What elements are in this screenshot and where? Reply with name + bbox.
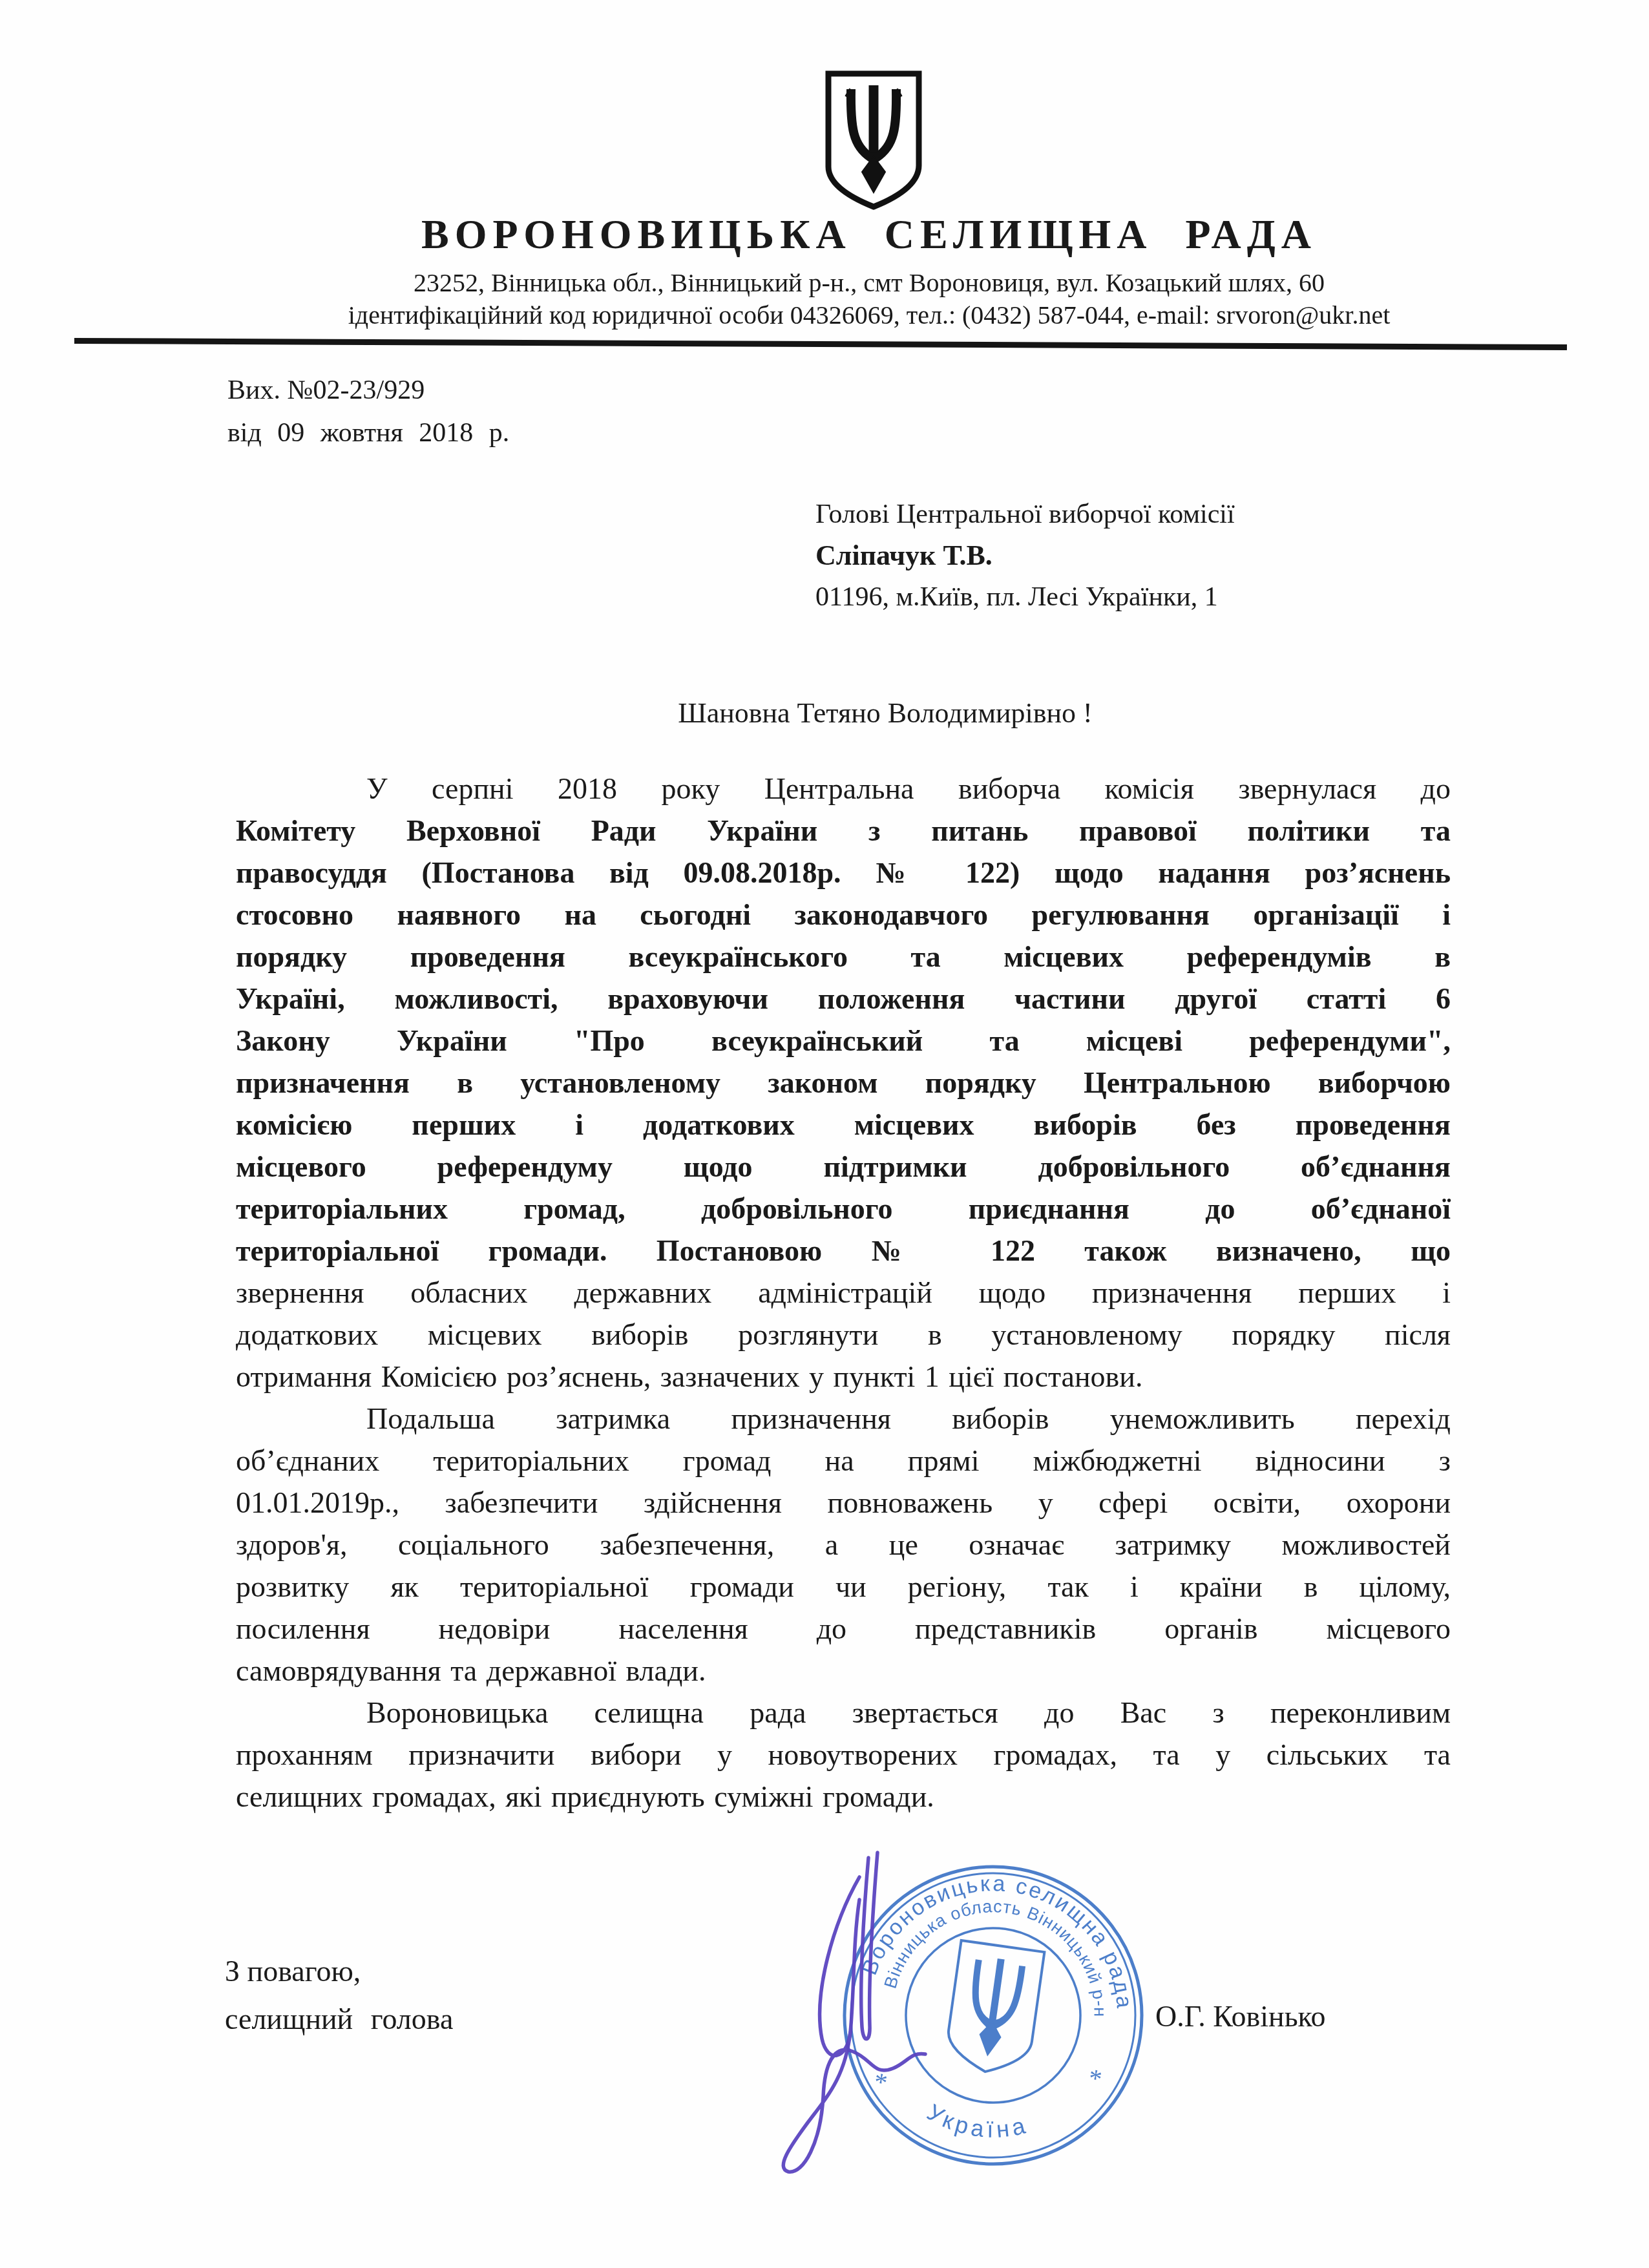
addressee-line-2: Сліпачук Т.В. bbox=[815, 535, 1235, 576]
ref-date: від 09 жовтня 2018 р. bbox=[227, 417, 509, 448]
body-line: Україні, можливості, враховуючи положенн… bbox=[236, 978, 1451, 1020]
body-line: посилення недовіри населення до представ… bbox=[236, 1608, 1451, 1650]
body-line: 01.01.2019р., забезпечити здійснення пов… bbox=[236, 1482, 1451, 1524]
addressee-line-1: Голові Центральної виборчої комісії bbox=[815, 494, 1235, 535]
address-line-1: 23252, Вінницька обл., Вінницький р-н., … bbox=[90, 268, 1648, 298]
body-line: територіальної громади. Постановою № 122… bbox=[236, 1230, 1451, 1272]
body-line: додаткових місцевих виборів розглянути в… bbox=[236, 1314, 1451, 1356]
closing-regards: З повагою, bbox=[225, 1954, 361, 1988]
stamp-trident-icon bbox=[966, 1956, 1023, 2058]
body-line: селищних громадах, які приєднують суміжн… bbox=[236, 1776, 1451, 1818]
body-line: правосуддя (Постанова від 09.08.2018р. №… bbox=[236, 852, 1451, 894]
body-line: призначення в установленому законом поря… bbox=[236, 1062, 1451, 1104]
addressee-line-3: 01196, м.Київ, пл. Лесі Українки, 1 bbox=[815, 576, 1235, 618]
signature-scribble bbox=[737, 1838, 956, 2187]
body-line: Вороновицька селищна рада звертається до… bbox=[236, 1692, 1451, 1734]
salutation: Шановна Тетяно Володимирівно ! bbox=[271, 697, 1499, 730]
signer-name: О.Г. Ковінько bbox=[1155, 1999, 1326, 2033]
body-lines: У серпні 2018 року Центральна виборча ко… bbox=[236, 768, 1451, 1818]
stamp-separator-right: * bbox=[1087, 2063, 1104, 2094]
body-line: звернення обласних державних адміністрац… bbox=[236, 1272, 1451, 1314]
closing-position: селищний голова bbox=[225, 2002, 453, 2036]
body-line: стосовно наявного на сьогодні законодавч… bbox=[236, 894, 1451, 936]
body-line: комісією перших і додаткових місцевих ви… bbox=[236, 1104, 1451, 1146]
body-line: Подальша затримка призначення виборів ун… bbox=[236, 1398, 1451, 1440]
body-line: самоврядування та державної влади. bbox=[236, 1650, 1451, 1692]
scanned-letter-page: ВОРОНОВИЦЬКА СЕЛИЩНА РАДА 23252, Вінниць… bbox=[0, 0, 1649, 2268]
body-line: здоров'я, соціального забезпечення, а це… bbox=[236, 1524, 1451, 1566]
header-rule bbox=[74, 338, 1567, 350]
body-line: об’єднаних територіальних громад на прям… bbox=[236, 1440, 1451, 1482]
stamp-shield bbox=[943, 1940, 1044, 2077]
addressee-block: Голові Центральної виборчої комісії Сліп… bbox=[815, 494, 1235, 618]
address-line-2: ідентифікаційний код юридичної особи 043… bbox=[90, 300, 1648, 330]
body-line: територіальних громад, добровільного при… bbox=[236, 1188, 1451, 1230]
trident-emblem-icon bbox=[822, 68, 925, 212]
body-line: Комітету Верховної Ради України з питань… bbox=[236, 810, 1451, 852]
body-line: Закону України "Про всеукраїнський та мі… bbox=[236, 1020, 1451, 1062]
ref-number: Вих. №02-23/929 bbox=[227, 375, 425, 406]
body-line: місцевого референдуму щодо підтримки доб… bbox=[236, 1146, 1451, 1188]
org-name: ВОРОНОВИЦЬКА СЕЛИЩНА РАДА bbox=[90, 211, 1648, 258]
body-line: розвитку як територіальної громади чи ре… bbox=[236, 1566, 1451, 1608]
body-line: отримання Комісією роз’яснень, зазначени… bbox=[236, 1356, 1451, 1398]
body-line: порядку проведення всеукраїнського та мі… bbox=[236, 936, 1451, 978]
body-line: У серпні 2018 року Центральна виборча ко… bbox=[236, 768, 1451, 810]
body-line: проханням призначити вибори у новоутворе… bbox=[236, 1734, 1451, 1776]
